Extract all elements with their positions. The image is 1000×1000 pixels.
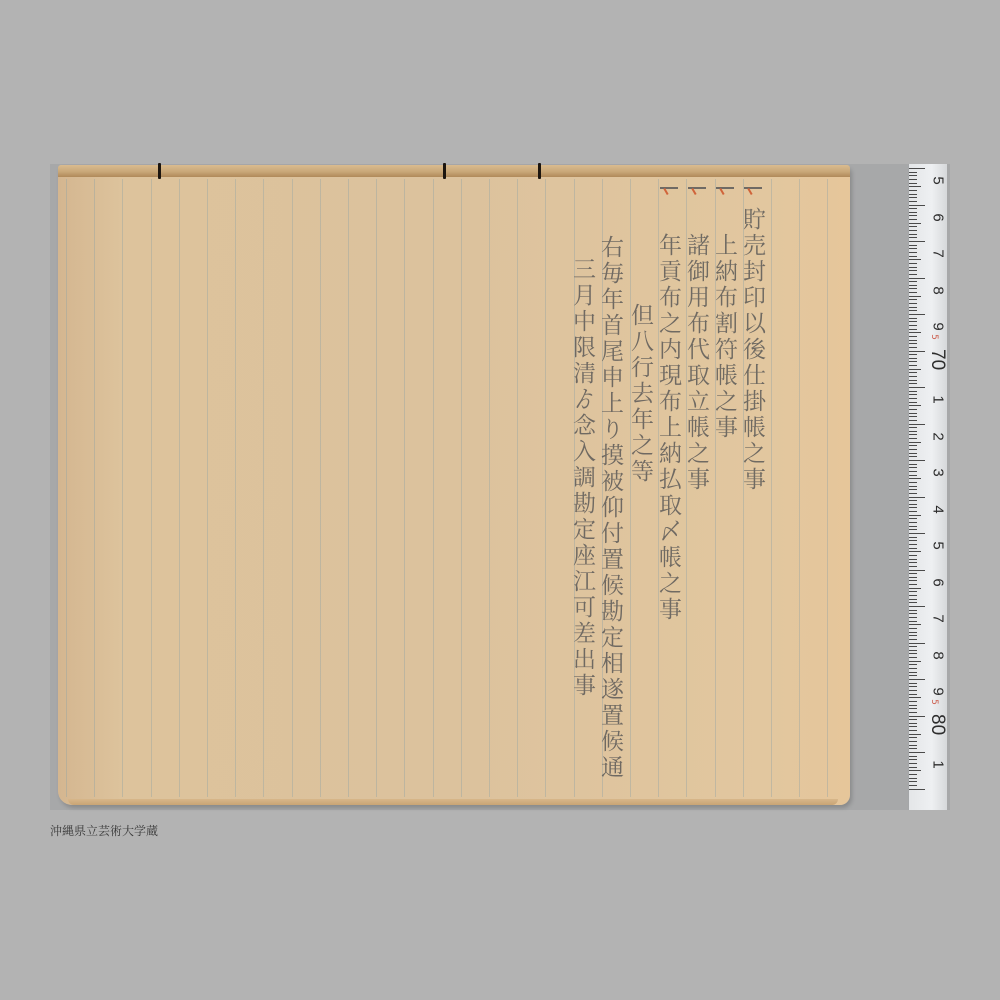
ruler-tick	[909, 383, 917, 384]
ruler-tick	[909, 464, 917, 465]
ruler-number: 7	[930, 245, 947, 263]
ruler-half-mark: 5	[929, 699, 939, 705]
ruler-tick	[909, 646, 917, 647]
ruler-tick	[909, 201, 917, 202]
ruler-tick	[909, 278, 925, 279]
ruler-tick	[909, 551, 921, 552]
ruler-tick	[909, 664, 917, 665]
ruler-tick	[909, 778, 917, 779]
ruler-tick	[909, 595, 917, 596]
ruler-tick	[909, 756, 917, 757]
item-mark	[688, 187, 706, 189]
ruler-half-mark: 5	[929, 334, 939, 340]
ruler-tick	[909, 759, 917, 760]
ruler-tick	[909, 726, 917, 727]
ruler-tick	[909, 752, 925, 753]
ruler-tick	[909, 580, 917, 581]
ruler-number: 5	[930, 172, 947, 190]
ruler-tick	[909, 763, 917, 764]
ruler-tick	[909, 442, 921, 443]
ruler-number: 6	[930, 208, 947, 226]
ruler-tick	[909, 281, 917, 282]
ruled-line	[799, 179, 800, 797]
ruler-tick	[909, 325, 917, 326]
ruler-tick	[909, 653, 917, 654]
ruler-tick	[909, 296, 921, 297]
ruler-tick	[909, 237, 917, 238]
ruler-tick	[909, 438, 917, 439]
handwritten-column: 右毎年首尾申上り摸被仰付置候勘定相遂置候通	[598, 235, 621, 781]
ruler-tick	[909, 719, 917, 720]
ruler-tick	[909, 639, 917, 640]
ruler-tick	[909, 299, 917, 300]
ruler-tick	[909, 259, 921, 260]
ruler-tick	[909, 376, 917, 377]
ruled-line	[489, 179, 490, 797]
ruler-tick	[909, 555, 917, 556]
ruler-tick	[909, 737, 917, 738]
ruler-tick	[909, 661, 921, 662]
ruler-tick	[909, 518, 917, 519]
ruler-tick	[909, 486, 917, 487]
ruler-tick	[909, 424, 925, 425]
ruler-tick	[909, 453, 917, 454]
ruler-tick	[909, 570, 925, 571]
ruler-tick	[909, 405, 921, 406]
ruler-tick	[909, 511, 917, 512]
handwritten-column: 諸御用布代取立帳之事	[684, 233, 707, 493]
ruler-tick	[909, 168, 925, 169]
ruler-tick	[909, 602, 917, 603]
ruler-number: 2	[930, 427, 947, 445]
ruler-tick	[909, 712, 917, 713]
ruler-tick	[909, 263, 917, 264]
ruled-line	[66, 179, 67, 797]
ruler-tick	[909, 175, 917, 176]
ruler-tick	[909, 562, 917, 563]
ruler-tick	[909, 340, 917, 341]
ruler-tick	[909, 212, 917, 213]
ruler-tick	[909, 471, 917, 472]
ruler-tick	[909, 292, 917, 293]
notebook-page: 貯売封印以後仕掛帳之事上納布割符帳之事諸御用布代取立帳之事年貢布之内現布上納払取…	[58, 165, 850, 805]
ruled-line	[263, 179, 264, 797]
item-mark	[716, 187, 734, 189]
ruler-tick	[909, 482, 917, 483]
ruler-tick	[909, 219, 917, 220]
ruler-number: 8	[930, 646, 947, 664]
ruler-tick	[909, 336, 917, 337]
ruled-line	[94, 179, 95, 797]
ruler-tick	[909, 621, 917, 622]
ruler-tick	[909, 504, 917, 505]
ruler-tick	[909, 303, 917, 304]
ruler-tick	[909, 690, 917, 691]
ruled-line	[517, 179, 518, 797]
ruler-number: 8	[930, 281, 947, 299]
ruler-tick	[909, 617, 917, 618]
ruler-tick	[909, 190, 917, 191]
ruler-tick	[909, 307, 917, 308]
ruler-tick	[909, 697, 921, 698]
ruler-tick	[909, 215, 917, 216]
ruler-number: 5	[930, 537, 947, 555]
page-bottom-edge	[68, 799, 838, 805]
ruler-tick	[909, 416, 917, 417]
ruler-tick	[909, 274, 917, 275]
ruler-number: 1	[930, 756, 947, 774]
item-mark	[744, 187, 762, 189]
ruler-tick	[909, 500, 917, 501]
handwritten-column: 年貢布之内現布上納払取〆帳之事	[656, 233, 679, 623]
handwritten-column: 上納布割符帳之事	[712, 233, 735, 441]
ruler-tick	[909, 708, 917, 709]
ruled-line	[207, 179, 208, 797]
ruler-tick	[909, 288, 917, 289]
ruler-tick	[909, 643, 925, 644]
ruler-tick	[909, 668, 917, 669]
ruled-line	[376, 179, 377, 797]
ruler-tick	[909, 748, 917, 749]
ruler-tick	[909, 683, 917, 684]
ruler-tick	[909, 723, 917, 724]
binding-stitch	[538, 163, 541, 179]
ruler-tick	[909, 234, 917, 235]
ruler-tick	[909, 544, 917, 545]
ruler-number: 7	[930, 610, 947, 628]
ruler-number: 3	[930, 464, 947, 482]
ruler-tick	[909, 256, 917, 257]
ruler-tick	[909, 230, 917, 231]
ruler-tick	[909, 635, 917, 636]
ruler-tick	[909, 427, 917, 428]
ruler-tick	[909, 785, 917, 786]
ruled-line	[235, 179, 236, 797]
ruler-number: 6	[930, 573, 947, 591]
ruler-tick	[909, 515, 921, 516]
ruler-tick	[909, 533, 925, 534]
ruler-tick	[909, 391, 917, 392]
ruler-tick	[909, 347, 917, 348]
ruled-line	[827, 179, 828, 797]
ruler-tick	[909, 431, 917, 432]
ruler-tick	[909, 591, 917, 592]
ruler-tick	[909, 413, 917, 414]
ruler-tick	[909, 449, 917, 450]
ruler-tick	[909, 223, 921, 224]
ruler-tick	[909, 398, 917, 399]
ruled-line	[433, 179, 434, 797]
ruler-tick	[909, 179, 917, 180]
ruler-number: 4	[930, 500, 947, 518]
ruler-tick	[909, 354, 917, 355]
ruler-tick	[909, 789, 925, 790]
ruler-tick	[909, 226, 917, 227]
ruler-tick	[909, 285, 917, 286]
ruled-line	[771, 179, 772, 797]
ruler-tick	[909, 493, 917, 494]
ruler-tick	[909, 610, 917, 611]
ruler-tick	[909, 730, 917, 731]
ruler-tick	[909, 573, 917, 574]
handwritten-column: 三月中限清ゟ念入調勘定座江可差出事	[570, 257, 593, 699]
ruler-tick	[909, 774, 917, 775]
handwritten-column: 但八行去年之等	[628, 303, 651, 485]
ruled-line	[122, 179, 123, 797]
ruler-tick	[909, 310, 917, 311]
binding-stitch	[158, 163, 161, 179]
handwritten-column: 貯売封印以後仕掛帳之事	[740, 207, 763, 493]
ruler-tick	[909, 420, 917, 421]
ruler-tick	[909, 672, 917, 673]
ruler-tick	[909, 497, 925, 498]
ruler-tick	[909, 675, 917, 676]
binding-stitch	[443, 163, 446, 179]
ruler-tick	[909, 372, 917, 373]
ruler-tick	[909, 241, 925, 242]
ruler-tick	[909, 548, 917, 549]
ruler-tick	[909, 208, 917, 209]
ruler-tick	[909, 394, 917, 395]
ruler-tick	[909, 245, 917, 246]
ruled-line	[348, 179, 349, 797]
ruler-number: 70	[926, 349, 948, 367]
ruler-tick	[909, 197, 917, 198]
ruler-tick	[909, 351, 925, 352]
ruler-tick	[909, 624, 921, 625]
ruler-tick	[909, 194, 917, 195]
ruler-tick	[909, 599, 917, 600]
ruled-line	[292, 179, 293, 797]
ruler-tick	[909, 365, 917, 366]
ruled-line	[630, 179, 631, 797]
ruler-tick	[909, 267, 917, 268]
ruler-tick	[909, 380, 917, 381]
ruler-tick	[909, 478, 921, 479]
ruler-tick	[909, 705, 917, 706]
ruler-tick	[909, 329, 917, 330]
ruler-tick	[909, 540, 917, 541]
ruler-tick	[909, 522, 917, 523]
ruler-tick	[909, 606, 925, 607]
ruler-tick	[909, 679, 925, 680]
ruler-tick	[909, 332, 921, 333]
ruler-tick	[909, 686, 917, 687]
ruler-tick	[909, 321, 917, 322]
ruler-tick	[909, 584, 917, 585]
ruler-tick	[909, 369, 921, 370]
ruler-tick	[909, 248, 917, 249]
ruler-tick	[909, 734, 921, 735]
ruler-tick	[909, 507, 917, 508]
ruler-tick	[909, 205, 925, 206]
ruled-line	[179, 179, 180, 797]
ruler-tick	[909, 460, 925, 461]
binding-spine	[58, 165, 850, 177]
ruled-line	[404, 179, 405, 797]
ruler-tick	[909, 467, 917, 468]
ruled-line	[461, 179, 462, 797]
ruler-tick	[909, 183, 917, 184]
ruler-tick	[909, 402, 917, 403]
ruler-tick	[909, 445, 917, 446]
ruler-tick	[909, 358, 917, 359]
ruler-tick	[909, 475, 917, 476]
ruler-number: 80	[926, 714, 948, 732]
ruler-tick	[909, 650, 917, 651]
ruled-line	[320, 179, 321, 797]
ruler-tick	[909, 314, 925, 315]
ruler-tick	[909, 781, 917, 782]
ruler-tick	[909, 701, 917, 702]
ruler-tick	[909, 657, 917, 658]
ruler-number: 9	[930, 683, 947, 701]
ruler-tick	[909, 588, 921, 589]
ruler-tick	[909, 566, 917, 567]
ruler-tick	[909, 767, 917, 768]
ruler-tick	[909, 745, 917, 746]
ruler-tick	[909, 529, 917, 530]
ruler-tick	[909, 559, 917, 560]
ruler-tick	[909, 741, 917, 742]
ruled-line	[545, 179, 546, 797]
ruler-number: 9	[930, 318, 947, 336]
ruler-tick	[909, 770, 921, 771]
ruled-line	[151, 179, 152, 797]
item-mark	[660, 187, 678, 189]
ruler-tick	[909, 252, 917, 253]
ruler-number: 1	[930, 391, 947, 409]
ruler-tick	[909, 628, 917, 629]
ruler-tick	[909, 716, 925, 717]
ruler-tick	[909, 613, 917, 614]
ruler-tick	[909, 361, 917, 362]
ruler-tick	[909, 186, 921, 187]
ruler-tick	[909, 318, 917, 319]
ruler-tick	[909, 577, 917, 578]
ruler-tick	[909, 270, 917, 271]
ruler-tick	[909, 489, 917, 490]
collection-caption: 沖縄県立芸術大学蔵	[50, 822, 158, 839]
ruler-tick	[909, 694, 917, 695]
measuring-ruler: 567897012345678980155	[908, 164, 947, 810]
ruler-tick	[909, 537, 917, 538]
ruler-tick	[909, 526, 917, 527]
ruler-tick	[909, 409, 917, 410]
ruler-tick	[909, 456, 917, 457]
ruler-tick	[909, 343, 917, 344]
ruler-tick	[909, 172, 917, 173]
ruler-tick	[909, 387, 925, 388]
ruler-tick	[909, 632, 917, 633]
ruler-tick	[909, 434, 917, 435]
